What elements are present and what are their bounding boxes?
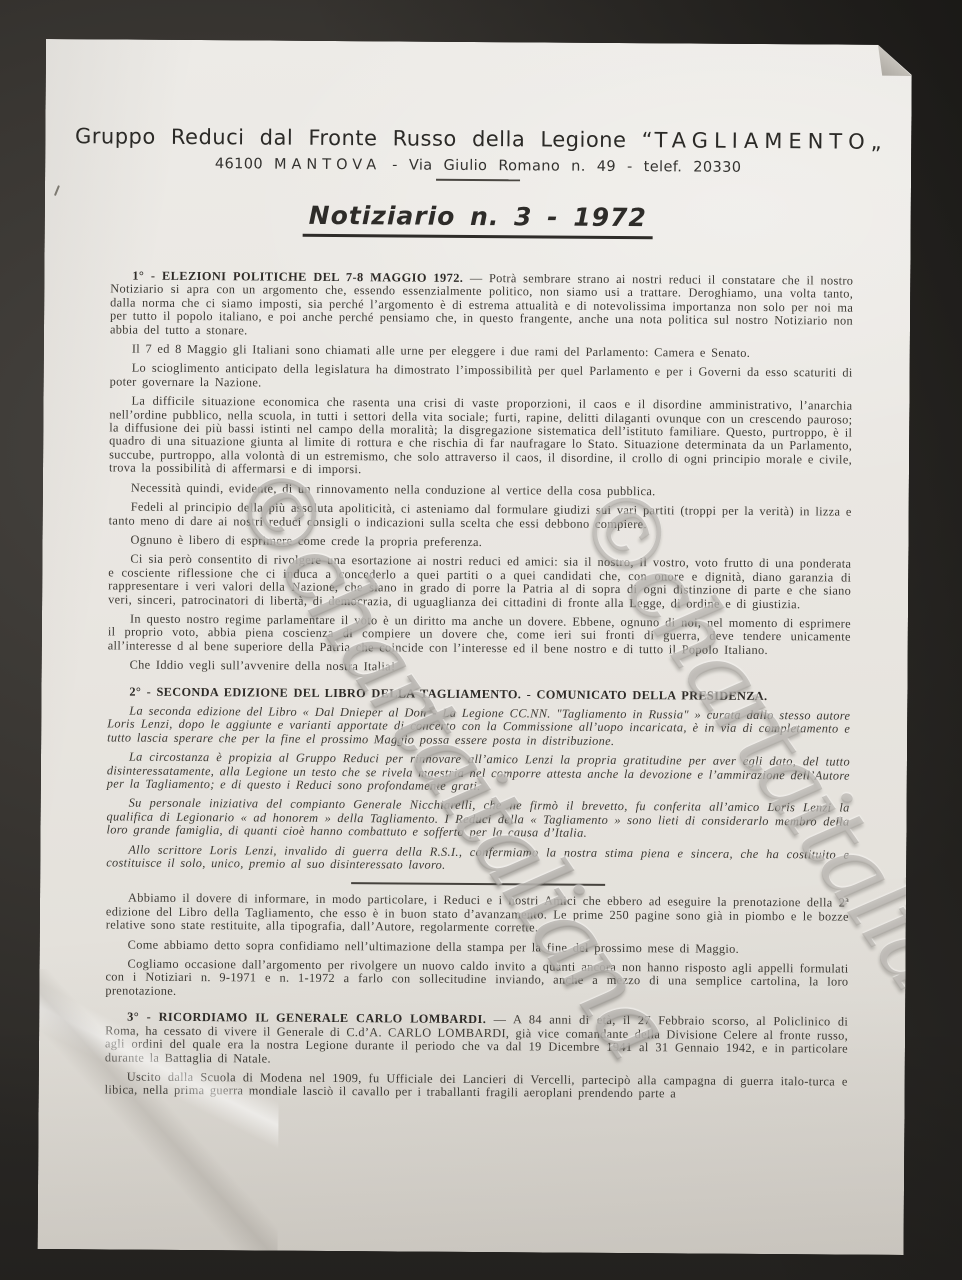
paragraph-italic: La seconda edizione del Libro « Dal Dnie… bbox=[107, 704, 850, 749]
document-body: 1° - ELEZIONI POLITICHE DEL 7-8 MAGGIO 1… bbox=[105, 269, 854, 1108]
section-divider bbox=[351, 883, 605, 887]
paragraph-italic: Allo scrittore Loris Lenzi, invalido di … bbox=[106, 843, 849, 875]
section-2-heading: 2° - SECONDA EDIZIONE DEL LIBRO DELLA TA… bbox=[107, 685, 850, 704]
paragraph: Uscito dalla Scuola di Modena nel 1909, … bbox=[105, 1070, 848, 1102]
paragraph: In questo nostro regime parlamentare il … bbox=[108, 612, 851, 657]
paragraph: Cogliamo occasione dall’argomento per ri… bbox=[105, 957, 848, 1002]
paragraph: Lo scioglimento anticipato della legisla… bbox=[110, 362, 853, 394]
section-1-paragraph: 1° - ELEZIONI POLITICHE DEL 7-8 MAGGIO 1… bbox=[110, 269, 853, 341]
postcode: 46100 bbox=[215, 156, 263, 172]
paragraph-italic: Su personale iniziativa del compianto Ge… bbox=[106, 797, 849, 842]
org-name-caps: TAGLIAMENTO bbox=[654, 128, 870, 154]
paragraph: Che Iddio vegli sull’avvenire della nost… bbox=[108, 659, 851, 678]
paragraph: Necessità quindi, evidente, di un rinnov… bbox=[109, 481, 852, 500]
open-quote: “ bbox=[642, 128, 653, 152]
paragraph: Ognuno è libero di esprimere come crede … bbox=[108, 533, 851, 552]
street-address: - Via Giulio Romano n. 49 - telef. 20330 bbox=[392, 157, 741, 175]
organization-name: Gruppo Reduci dal Fronte Russo della Leg… bbox=[45, 125, 911, 154]
paragraph-italic: La circostanza è propizia al Gruppo Redu… bbox=[107, 751, 850, 796]
address-divider bbox=[436, 179, 520, 182]
paragraph: Fedeli al principio della più assoluta a… bbox=[109, 501, 852, 533]
paragraph: Abbiamo il dovere di informare, in modo … bbox=[106, 892, 849, 937]
communique-block: La seconda edizione del Libro « Dal Dnie… bbox=[106, 704, 850, 875]
paragraph: La difficile situazione economica che ra… bbox=[109, 395, 853, 481]
paragraph: Ci sia però consentito di rivolgere una … bbox=[108, 553, 851, 612]
address-line: 46100 MANTOVA - Via Giulio Romano n. 49 … bbox=[45, 155, 911, 177]
paragraph: Il 7 ed 8 Maggio gli Italiani sono chiam… bbox=[110, 342, 853, 361]
org-prefix: Gruppo Reduci dal Fronte Russo della Leg… bbox=[75, 124, 627, 152]
city: MANTOVA bbox=[274, 157, 381, 174]
title-row: Notiziario n. 3 - 1972 bbox=[45, 199, 911, 241]
close-quote: „ bbox=[871, 130, 882, 154]
page-title: Notiziario n. 3 - 1972 bbox=[303, 201, 653, 239]
section-3-paragraph: 3° - RICORDIAMO IL GENERALE CARLO LOMBAR… bbox=[105, 1011, 848, 1070]
paragraph: Come abbiamo detto sopra confidiamo nell… bbox=[106, 938, 849, 957]
document-page: Gruppo Reduci dal Fronte Russo della Leg… bbox=[38, 39, 912, 1255]
letterhead: Gruppo Reduci dal Fronte Russo della Leg… bbox=[45, 39, 912, 241]
